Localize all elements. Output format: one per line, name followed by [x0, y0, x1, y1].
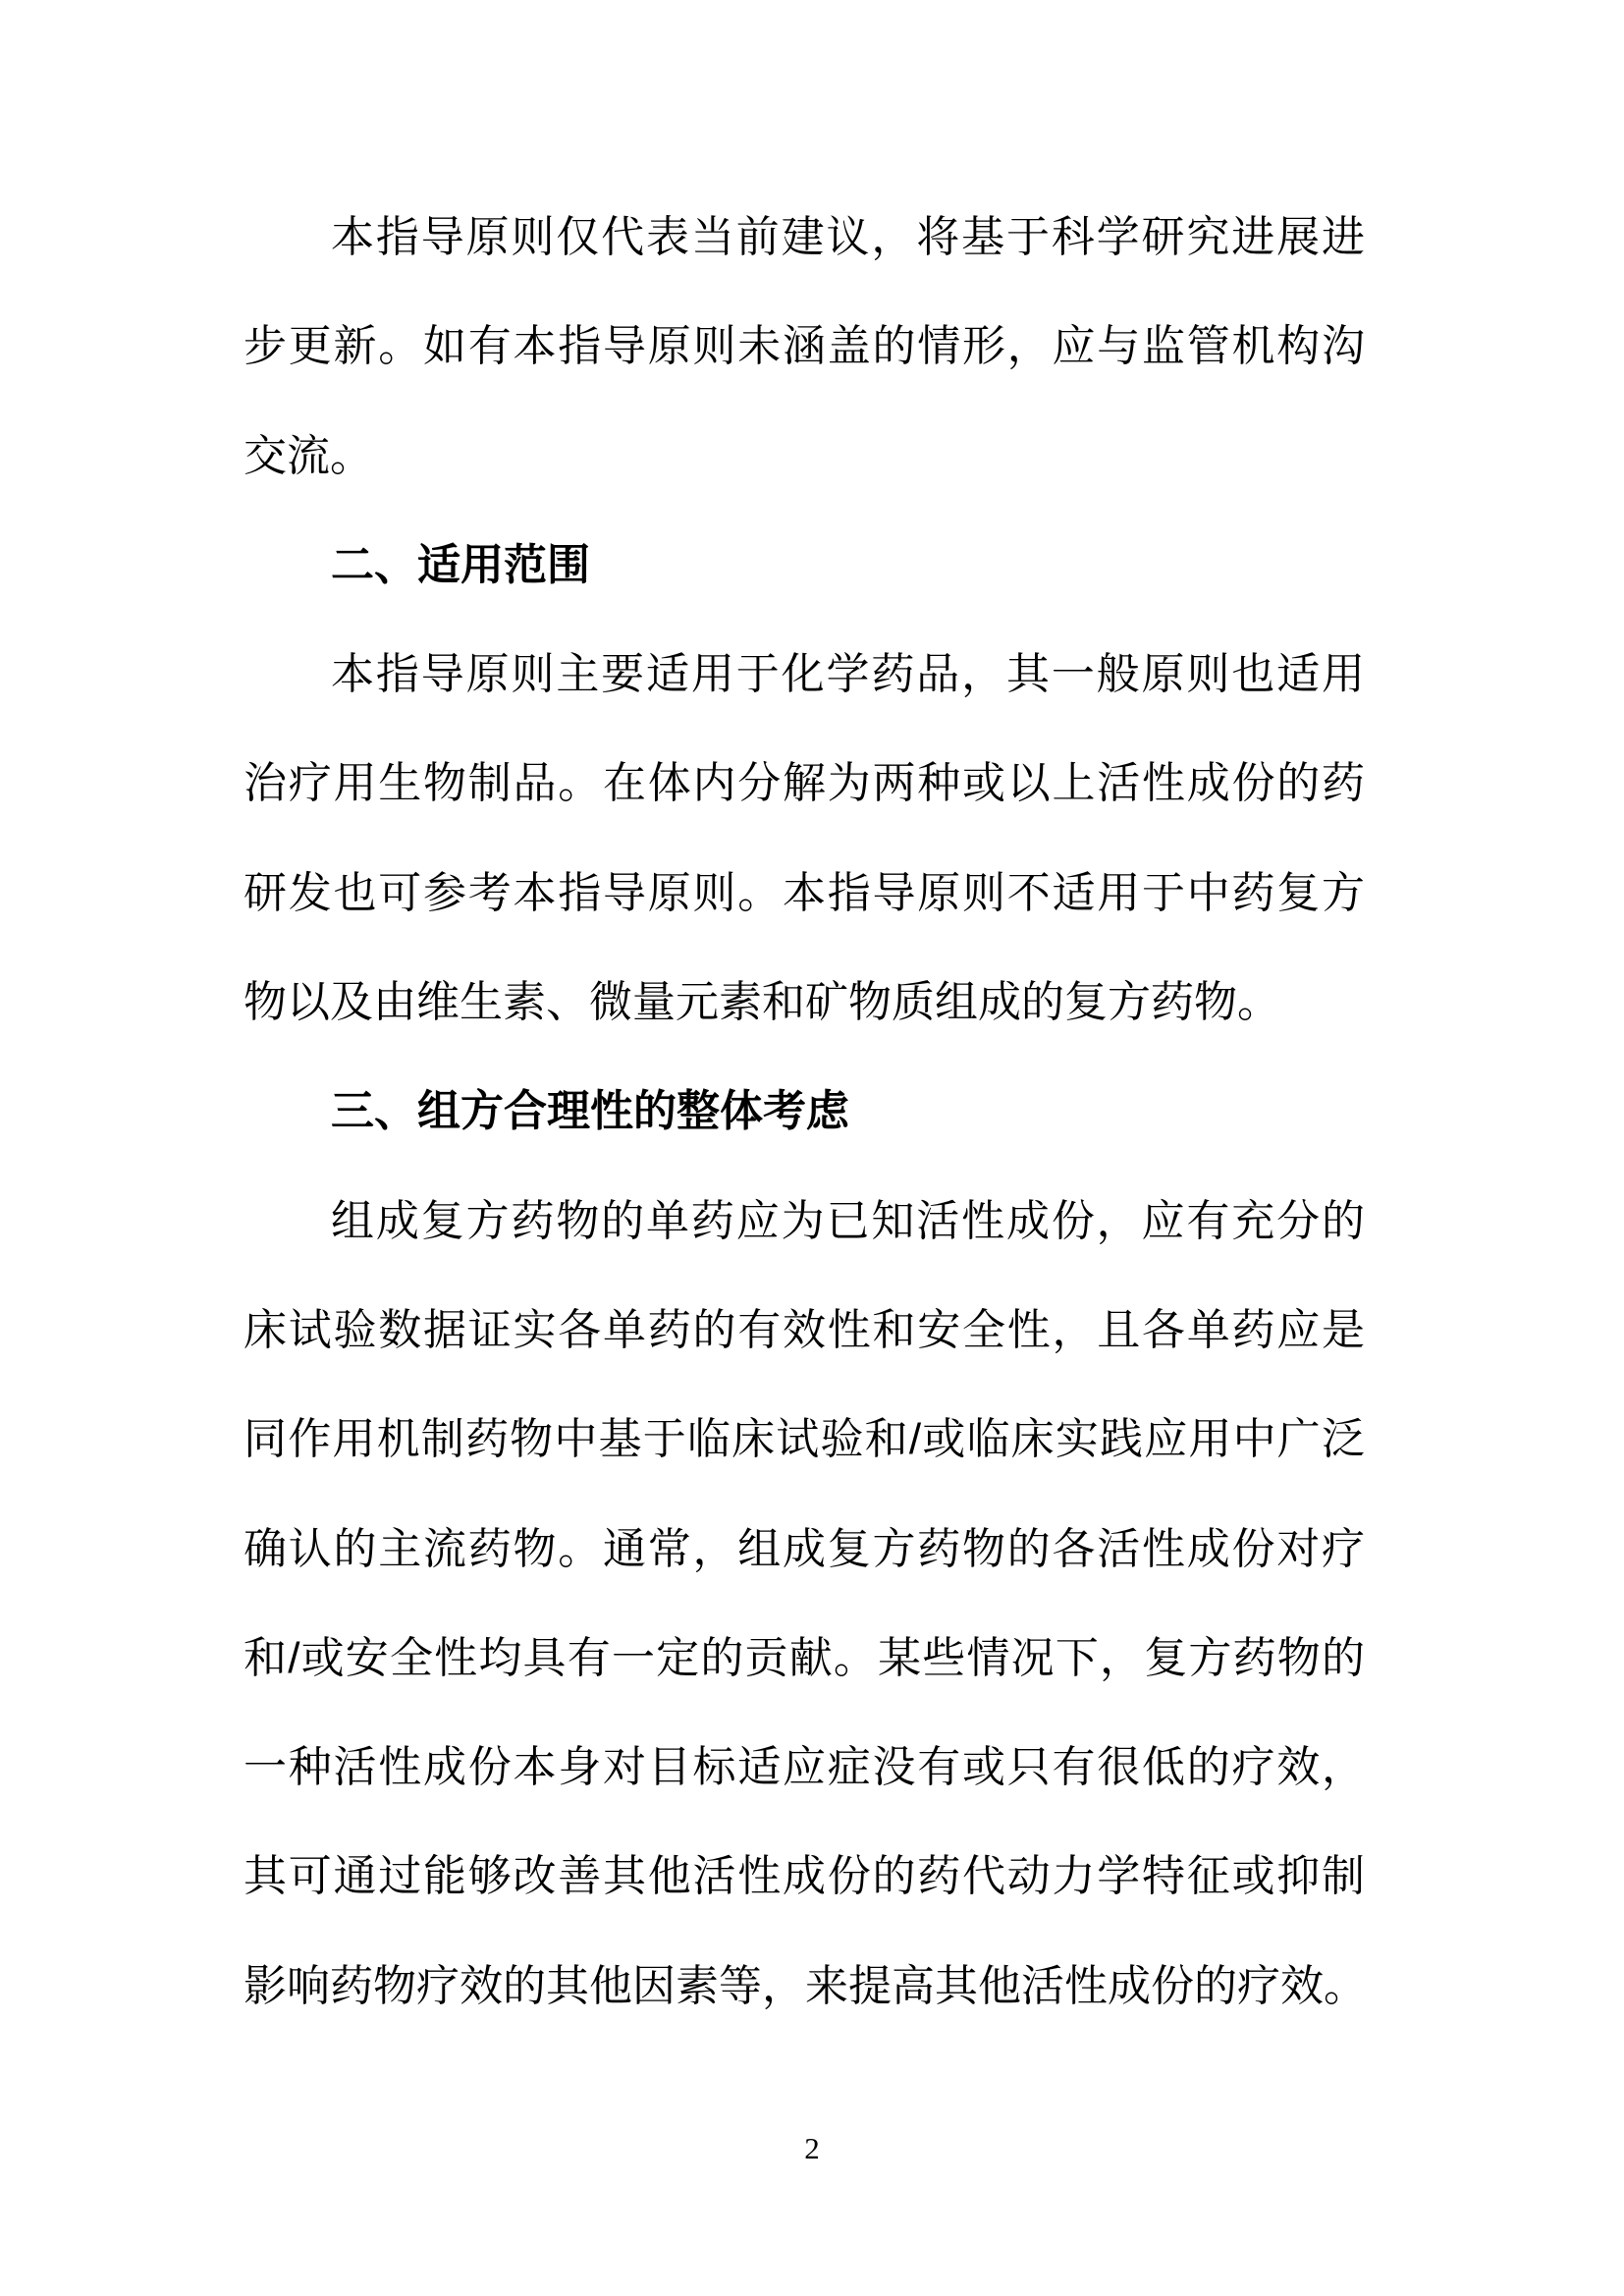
text-line: 确认的主流药物。通常，组成复方药物的各活性成份对疗效 [244, 1495, 1365, 1604]
section-heading: 三、组方合理性的整体考虑 [244, 1057, 1365, 1166]
text-line: 组成复方药物的单药应为已知活性成份，应有充分的临 [244, 1167, 1365, 1276]
document-page: 本指导原则仅代表当前建议，将基于科学研究进展进一步更新。如有本指导原则未涵盖的情… [0, 0, 1624, 2296]
text-line: 一种活性成份本身对目标适应症没有或只有很低的疗效，但 [244, 1713, 1365, 1822]
text-line: 交流。 [244, 402, 1365, 511]
text-line: 其可通过能够改善其他活性成份的药代动力学特征或抑制 [244, 1822, 1365, 1931]
text-line: 床试验数据证实各单药的有效性和安全性，且各单药应是相 [244, 1276, 1365, 1385]
page-number: 2 [0, 2129, 1624, 2168]
text-line: 步更新。如有本指导原则未涵盖的情形，应与监管机构沟通 [244, 292, 1365, 401]
text-line: 影响药物疗效的其他因素等，来提高其他活性成份的疗效。 [244, 1932, 1365, 2041]
text-block: 本指导原则仅代表当前建议，将基于科学研究进展进一步更新。如有本指导原则未涵盖的情… [244, 183, 1365, 2041]
text-line: 物以及由维生素、微量元素和矿物质组成的复方药物。 [244, 948, 1365, 1057]
text-line: 研发也可参考本指导原则。本指导原则不适用于中药复方药 [244, 839, 1365, 948]
text-line: 本指导原则仅代表当前建议，将基于科学研究进展进一 [244, 183, 1365, 292]
text-line: 同作用机制药物中基于临床试验和/或临床实践应用中广泛 [244, 1385, 1365, 1494]
section-heading: 二、适用范围 [244, 511, 1365, 620]
text-line: 治疗用生物制品。在体内分解为两种或以上活性成份的药物 [244, 729, 1365, 838]
text-line: 本指导原则主要适用于化学药品，其一般原则也适用于 [244, 620, 1365, 729]
text-line: 和/或安全性均具有一定的贡献。某些情况下，复方药物的某 [244, 1604, 1365, 1713]
